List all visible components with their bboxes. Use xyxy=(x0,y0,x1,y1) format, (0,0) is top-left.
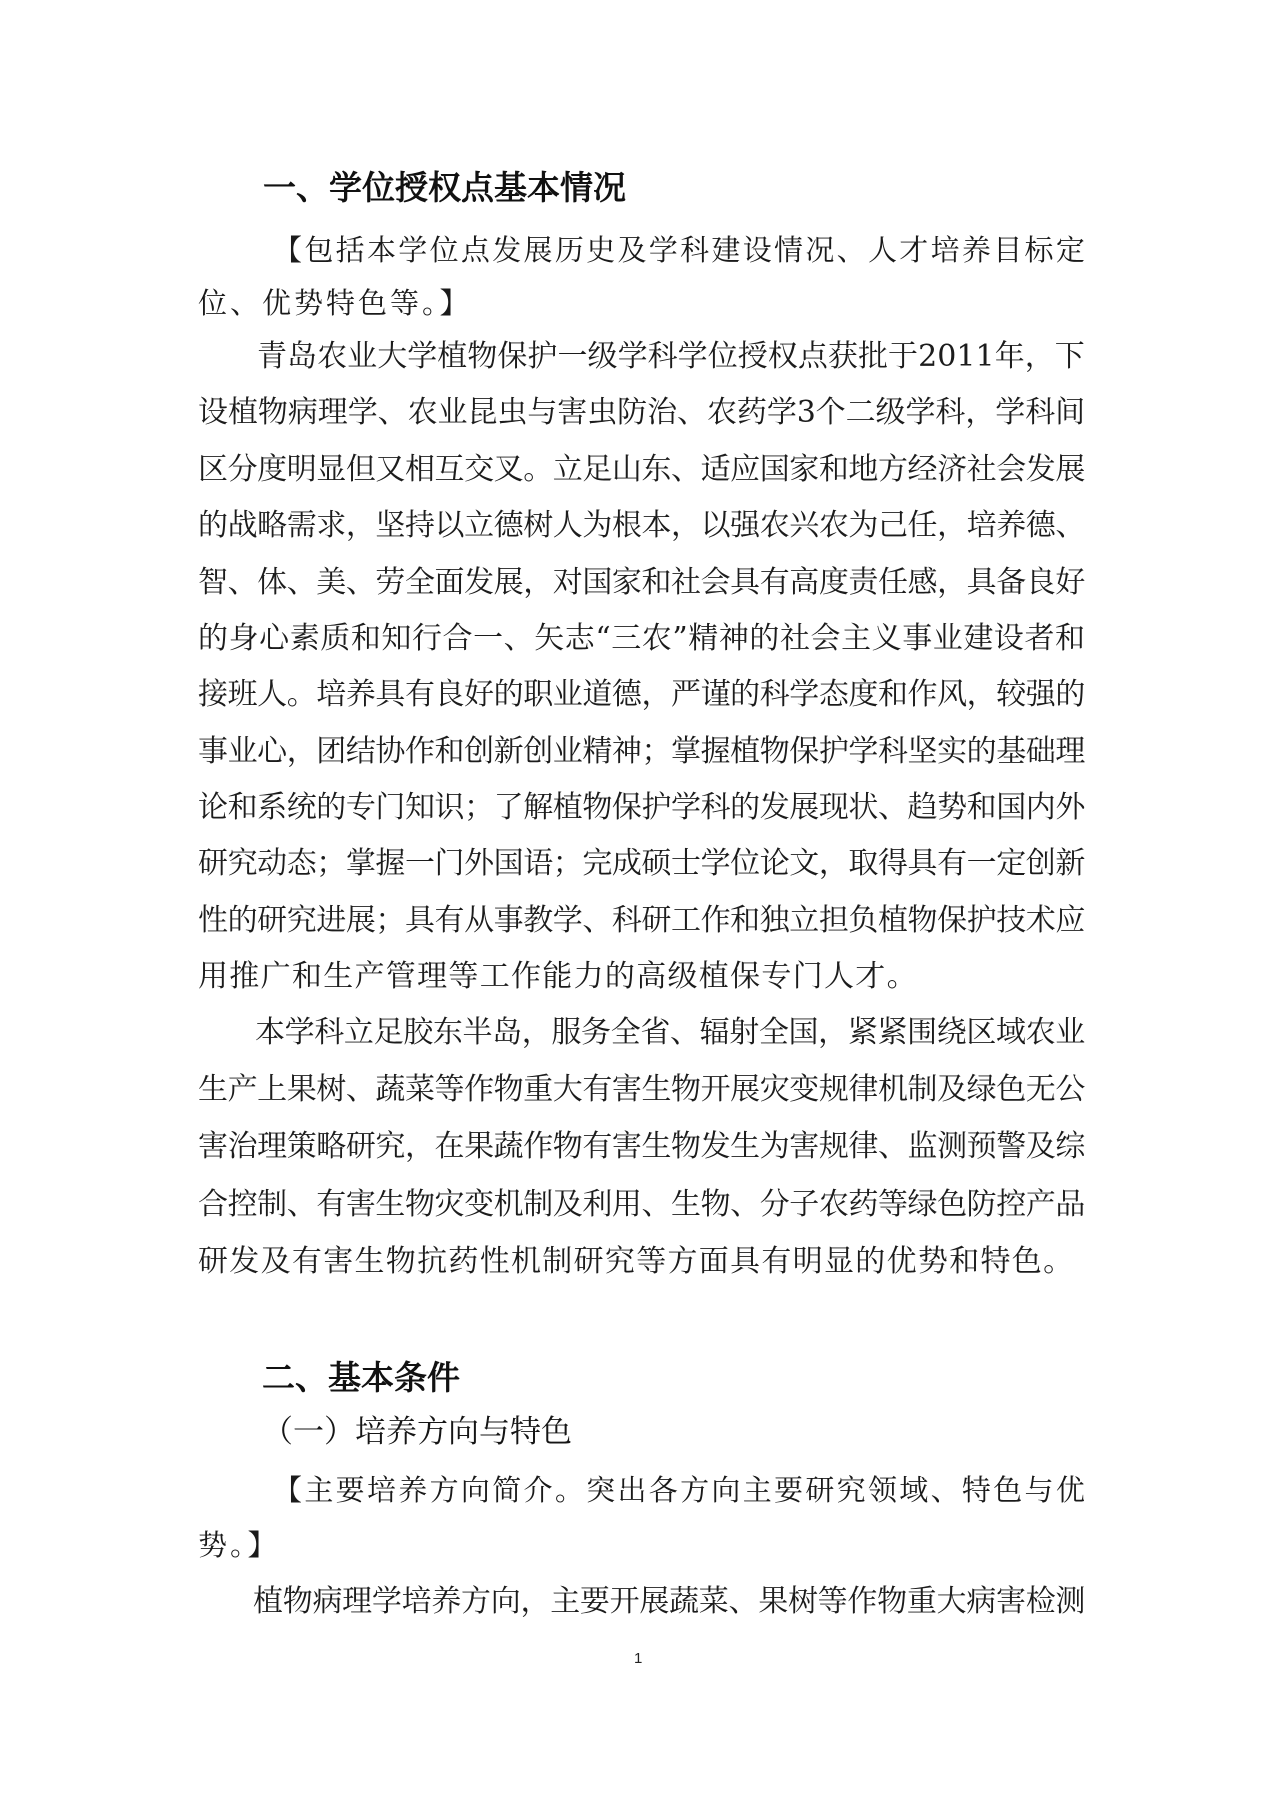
section2-subheading: （一）培养方向与特色 xyxy=(262,1404,572,1460)
paragraph-line: 生产上果树、蔬菜等作物重大有害生物开展灾变规律机制及绿色无公 xyxy=(198,1062,1085,1118)
paragraph-line: 研发及有害生物抗药性机制研究等方面具有明显的优势和特色。 xyxy=(198,1234,1074,1290)
paragraph-line: 设植物病理学、农业昆虫与害虫防治、农药学 3 个二级学科，学科间 xyxy=(198,385,1085,441)
section2-note-line: 【主要培养方向简介。突出各方向主要研究领域、特色与优 xyxy=(273,1462,1085,1518)
section1-note-line: 【包括本学位点发展历史及学科建设情况、人才培养目标定 xyxy=(273,222,1085,278)
paragraph-line: 的身心素质和知行合一、矢志“三农”精神的社会主义事业建设者和 xyxy=(198,611,1085,667)
section2-note-line: 势。】 xyxy=(198,1517,280,1573)
paragraph-line: 事业心，团结协作和创新创业精神；掌握植物保护学科坚实的基础理 xyxy=(198,724,1085,780)
paragraph-line: 本学科立足胶东半岛，服务全省、辐射全国，紧紧围绕区域农业 xyxy=(255,1005,1085,1061)
paragraph-line: 青岛农业大学植物保护一级学科学位授权点获批于 2011 年，下 xyxy=(257,329,1085,385)
section2-heading: 二、基本条件 xyxy=(262,1350,460,1406)
paragraph-line: 的战略需求，坚持以立德树人为根本，以强农兴农为己任，培养德、 xyxy=(198,498,1085,554)
paragraph-line: 智、体、美、劳全面发展，对国家和社会具有高度责任感，具备良好 xyxy=(198,555,1085,611)
section1-note-line: 位、优势特色等。】 xyxy=(198,275,472,331)
paragraph-line: 用推广和生产管理等工作能力的高级植保专门人才。 xyxy=(198,949,918,1005)
paragraph-line: 区分度明显但又相互交叉。立足山东、适应国家和地方经济社会发展 xyxy=(198,442,1085,498)
paragraph-line: 接班人。培养具有良好的职业道德，严谨的科学态度和作风，较强的 xyxy=(198,667,1085,723)
paragraph-line: 害治理策略研究，在果蔬作物有害生物发生为害规律、监测预警及综 xyxy=(198,1119,1085,1175)
paragraph-line: 合控制、有害生物灾变机制及利用、生物、分子农药等绿色防控产品 xyxy=(198,1177,1085,1233)
paragraph-line: 植物病理学培养方向，主要开展蔬菜、果树等作物重大病害检测 xyxy=(253,1574,1085,1630)
page-number: 1 xyxy=(634,1649,642,1669)
paragraph-line: 性的研究进展；具有从事教学、科研工作和独立担负植物保护技术应 xyxy=(198,893,1085,949)
paragraph-line: 研究动态；掌握一门外国语；完成硕士学位论文，取得具有一定创新 xyxy=(198,836,1085,892)
section1-heading: 一、学位授权点基本情况 xyxy=(263,160,626,216)
paragraph-line: 论和系统的专门知识；了解植物保护学科的发展现状、趋势和国内外 xyxy=(198,780,1085,836)
